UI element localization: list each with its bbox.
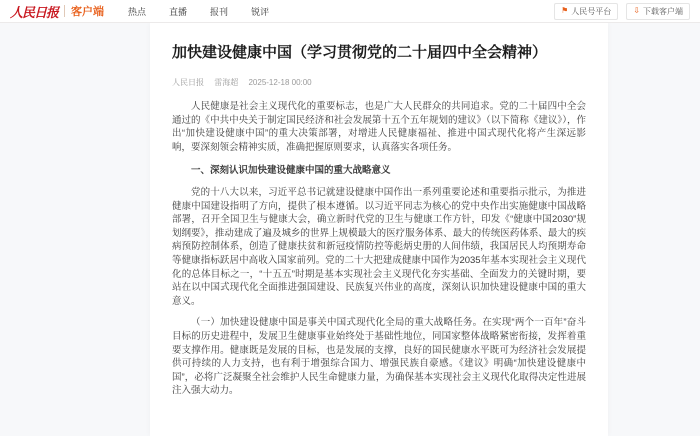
article-byline: 人民日报 雷海超 2025-12-18 00:00 <box>172 77 586 88</box>
article-author: 雷海超 <box>214 78 238 87</box>
article-body: 人民健康是社会主义现代化的重要标志，也是广大人民群众的共同追求。党的二十届四中全… <box>172 100 586 323</box>
article-paragraph: 人民健康是社会主义现代化的重要标志，也是广大人民群众的共同追求。党的二十届四中全… <box>172 100 586 154</box>
logo[interactable]: 人民日报 客户端 <box>10 2 104 21</box>
peoples-account-platform-label: 人民号平台 <box>571 6 611 17</box>
article-paragraph: （一）加快建设健康中国是事关中国式现代化全局的重大战略任务。在实现“两个一百年”… <box>172 316 586 323</box>
peoples-daily-logo: 人民日报 <box>10 2 58 21</box>
article-title: 加快建设健康中国（学习贯彻党的二十届四中全会精神） <box>172 43 586 63</box>
top-navbar: 人民日报 客户端 热点 直播 报刊 锐评 ⚑ 人民号平台 ⇩ 下载客户端 <box>0 0 700 23</box>
main-nav: 热点 直播 报刊 锐评 <box>128 5 292 18</box>
download-icon: ⇩ <box>633 7 640 15</box>
section-heading: 一、深刻认识加快建设健康中国的重大战略意义 <box>172 164 586 178</box>
article-timestamp: 2025-12-18 00:00 <box>248 78 311 87</box>
article-source: 人民日报 <box>172 78 204 87</box>
download-client-label: 下载客户端 <box>643 6 683 17</box>
nav-item-commentary[interactable]: 锐评 <box>251 5 269 18</box>
nav-item-live[interactable]: 直播 <box>169 5 187 18</box>
header-actions: ⚑ 人民号平台 ⇩ 下载客户端 <box>546 3 690 20</box>
flag-icon: ⚑ <box>561 7 568 15</box>
article-paragraph: 党的十八大以来，习近平总书记就建设健康中国作出一系列重要论述和重要指示批示，为推… <box>172 186 586 308</box>
nav-item-newspapers[interactable]: 报刊 <box>210 5 228 18</box>
logo-divider <box>64 5 65 17</box>
article-card: 加快建设健康中国（学习贯彻党的二十届四中全会精神） 人民日报 雷海超 2025-… <box>150 23 608 323</box>
nav-item-hotspots[interactable]: 热点 <box>128 5 146 18</box>
download-client-button[interactable]: ⇩ 下载客户端 <box>626 3 690 20</box>
logo-client-label: 客户端 <box>71 3 104 19</box>
peoples-account-platform-button[interactable]: ⚑ 人民号平台 <box>554 3 618 20</box>
